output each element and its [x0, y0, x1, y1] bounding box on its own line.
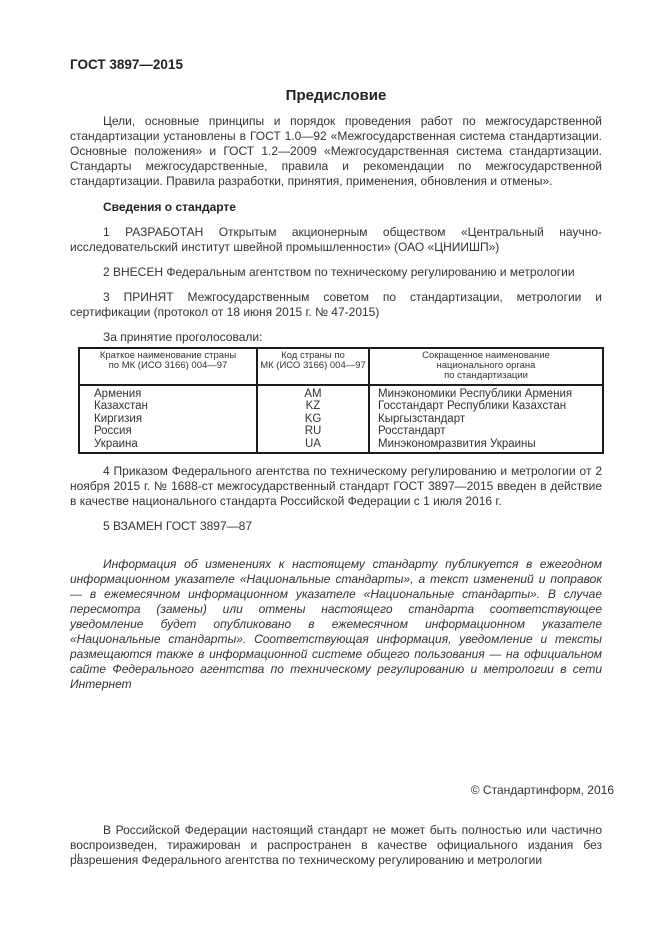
national-body-cell: Госстандарт Республики Казахстан — [369, 400, 603, 412]
intro-paragraph: Цели, основные принципы и порядок провед… — [70, 114, 602, 189]
table-header-national-body: Сокращенное наименование национального о… — [369, 348, 603, 385]
country-code-cell: KG — [257, 413, 369, 425]
doc-code: ГОСТ 3897—2015 — [70, 0, 602, 72]
clause-submitted: 2 ВНЕСЕН Федеральным агентством по техни… — [70, 265, 602, 280]
standard-info-heading: Сведения о стандарте — [70, 200, 602, 215]
table-row: Армения AM Минэкономики Республики Армен… — [79, 385, 603, 400]
vote-caption: За принятие проголосовали: — [70, 330, 602, 345]
country-code-cell: KZ — [257, 400, 369, 412]
document-page: ГОСТ 3897—2015 Предисловие Цели, основны… — [0, 0, 661, 936]
national-body-cell: Росстандарт — [369, 425, 603, 437]
copyright-line: © Стандартинформ, 2016 — [70, 783, 614, 798]
amendments-note: Информация об изменениях к настоящему ст… — [70, 557, 602, 692]
country-code-cell: RU — [257, 425, 369, 437]
vote-table-header-row: Краткое наименование страны по МК (ИСО 3… — [79, 348, 603, 385]
page-title: Предисловие — [70, 87, 602, 105]
table-row: Россия RU Росстандарт — [79, 425, 603, 437]
country-name-cell: Киргизия — [79, 413, 257, 425]
country-code-cell: UA — [257, 438, 369, 453]
table-header-country-name: Краткое наименование страны по МК (ИСО 3… — [79, 348, 257, 385]
table-row: Киргизия KG Кыргызстандарт — [79, 413, 603, 425]
reproduction-restriction: В Российской Федерации настоящий стандар… — [70, 823, 602, 868]
clause-enacted: 4 Приказом Федерального агентства по тех… — [70, 464, 602, 509]
clause-replaces: 5 ВЗАМЕН ГОСТ 3897—87 — [70, 519, 602, 534]
country-name-cell: Армения — [79, 385, 257, 400]
national-body-cell: Минэкономики Республики Армения — [369, 385, 603, 400]
clause-adopted: 3 ПРИНЯТ Межгосударственным советом по с… — [70, 290, 602, 320]
country-code-cell: AM — [257, 385, 369, 400]
table-row: Украина UA Минэкономразвития Украины — [79, 438, 603, 453]
national-body-cell: Кыргызстандарт — [369, 413, 603, 425]
country-name-cell: Россия — [79, 425, 257, 437]
page-content: ГОСТ 3897—2015 Предисловие Цели, основны… — [70, 0, 602, 868]
table-header-country-code: Код страны по МК (ИСО 3166) 004—97 — [257, 348, 369, 385]
clause-developed: 1 РАЗРАБОТАН Открытым акционерным общест… — [70, 225, 602, 255]
country-name-cell: Украина — [79, 438, 257, 453]
country-name-cell: Казахстан — [79, 400, 257, 412]
vote-table: Краткое наименование страны по МК (ИСО 3… — [78, 347, 604, 454]
table-row: Казахстан KZ Госстандарт Республики Каза… — [79, 400, 603, 412]
page-number: II — [74, 852, 80, 865]
national-body-cell: Минэкономразвития Украины — [369, 438, 603, 453]
